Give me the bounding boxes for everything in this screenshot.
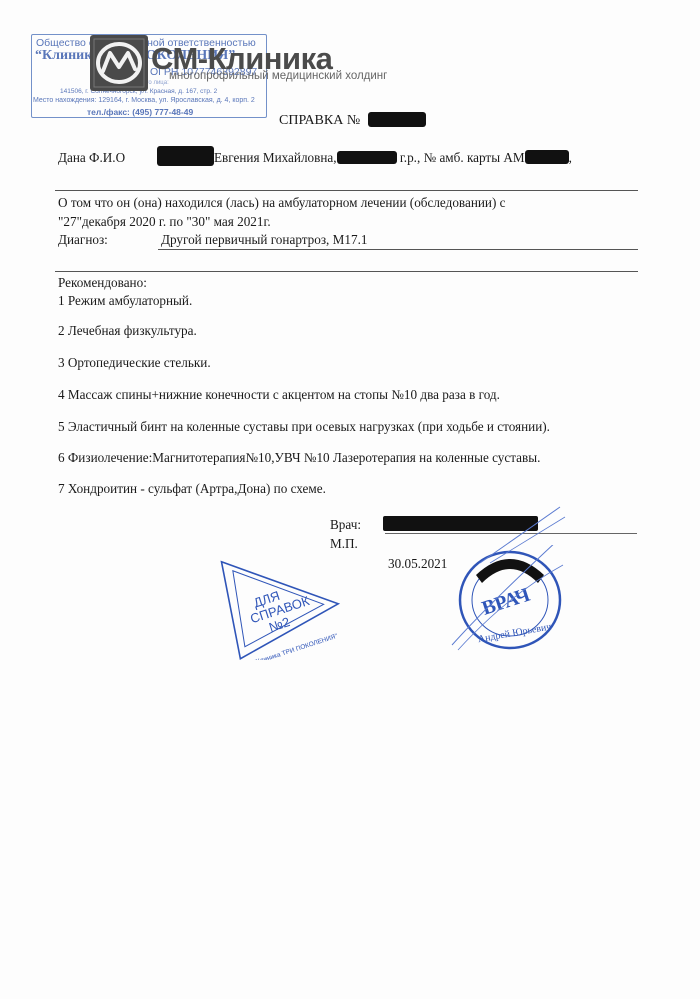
card-suffix: , xyxy=(569,150,572,165)
treatment-line-2: "27"декабря 2020 г. по "30" мая 2021г. xyxy=(58,214,271,230)
recommendation-item: 2 Лечебная физкультура. xyxy=(58,323,197,339)
recommendation-item: 3 Ортопедические стельки. xyxy=(58,355,211,371)
signature-scribble xyxy=(480,505,570,565)
doctor-label: Врач: xyxy=(330,517,361,533)
redacted-surname xyxy=(157,146,214,166)
stamp-line-location: Место нахождения: 129164, г. Москва, ул.… xyxy=(33,97,255,104)
recommendation-item: 6 Физиолечение:Магнитотерапия№10,УВЧ №10… xyxy=(58,450,540,466)
signature-date: 30.05.2021 xyxy=(388,556,447,572)
redacted-card-number xyxy=(525,150,569,164)
diagnosis-underline xyxy=(158,249,638,250)
redacted-certificate-number xyxy=(368,112,426,127)
diagnosis-value: Другой первичный гонартроз, M17.1 xyxy=(161,232,367,248)
patient-name: Евгения Михайловна, xyxy=(214,150,337,165)
patient-line: Евгения Михайловна, г.р., № амб. карты А… xyxy=(157,146,572,166)
redacted-birth-date xyxy=(337,151,397,164)
divider xyxy=(55,190,638,191)
diagnosis-label: Диагноз: xyxy=(58,232,108,248)
document-title: СПРАВКА № xyxy=(279,112,426,129)
title-text: СПРАВКА № xyxy=(279,113,360,128)
recommendation-item: 5 Эластичный бинт на коленные суставы пр… xyxy=(58,419,550,435)
round-stamp-ring-text: Андрей Юрьевич xyxy=(477,621,552,645)
triangle-stamp: ДЛЯ СПРАВОК №2 "Клиника ТРИ ПОКОЛЕНИЯ" xyxy=(205,535,345,660)
patient-label: Дана Ф.И.О xyxy=(58,150,125,166)
brand-subtitle: многопрофильный медицинский холдинг xyxy=(169,70,387,82)
cm-clinic-logo-icon xyxy=(90,35,148,91)
triangle-stamp-bottom: "Клиника ТРИ ПОКОЛЕНИЯ" xyxy=(253,633,339,660)
recommendation-item: 7 Хондроитин - сульфат (Артра,Дона) по с… xyxy=(58,481,326,497)
divider xyxy=(55,271,638,272)
stamp-line-phone: тел./факс: (495) 777-48-49 xyxy=(87,107,193,117)
recommendation-item: 1 Режим амбулаторный. xyxy=(58,293,192,309)
recommended-label: Рекомендовано: xyxy=(58,275,147,291)
recommendation-item: 4 Массаж спины+нижние конечности с акцен… xyxy=(58,387,500,403)
birth-card-label: г.р., № амб. карты АМ xyxy=(400,150,525,165)
treatment-line-1: О том что он (она) находился (лась) на а… xyxy=(58,195,506,211)
